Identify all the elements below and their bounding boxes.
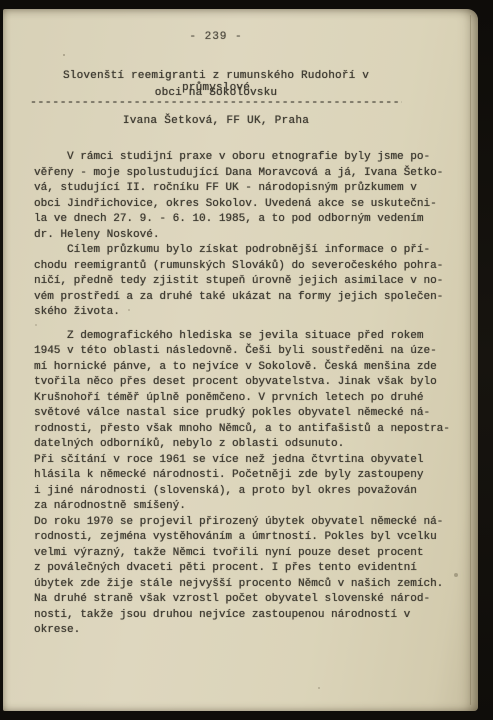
body-line: Na druhé straně však vzrostl počet obyva… xyxy=(34,592,470,608)
body-line: rodnosti, zejména vystěhováním a úmrtnos… xyxy=(34,530,470,546)
body-line: vém prostředí a za druhé také ukázat na … xyxy=(34,290,470,306)
document-body: V rámci studijní praxe v oboru etnografi… xyxy=(34,150,470,639)
body-line: i jiné národnosti (slovenská), a proto b… xyxy=(34,484,470,500)
body-line: dr. Heleny Noskové. xyxy=(34,228,470,244)
body-line: Krušnohoří téměř úplně poněmčeno. V prvn… xyxy=(34,391,470,407)
body-line: Cílem průzkumu bylo získat podrobnější i… xyxy=(34,243,470,259)
body-line: věřeny - moje spolustudující Dana Moravc… xyxy=(34,166,470,182)
body-line: velmi výrazný, takže Němci tvořili nyní … xyxy=(34,546,470,562)
body-line: datelných odborníků, nebylo z oblasti od… xyxy=(34,437,470,453)
body-line: ského života. xyxy=(34,305,470,321)
body-line: úbytek zde žije stále nejvyšší procento … xyxy=(34,577,470,593)
body-line: V rámci studijní praxe v oboru etnografi… xyxy=(34,150,470,166)
page-edge-shadow xyxy=(470,15,471,705)
body-line: Do roku 1970 se projevil přirozený úbyte… xyxy=(34,515,470,531)
body-line: mí hornické pánve, a to nejvíce v Sokolo… xyxy=(34,360,470,376)
body-line: okrese. xyxy=(34,623,470,639)
body-line: tvořila něco přes deset procent obyvatel… xyxy=(34,375,470,391)
document-page: - 239 - Slovenští reemigranti z rumunské… xyxy=(3,9,478,711)
body-line: chodu reemigrantů (rumunských Slováků) d… xyxy=(34,259,470,275)
body-line: rodnosti, přesto však mnoho Němců, a to … xyxy=(34,422,470,438)
scan-background: - 239 - Slovenští reemigranti z rumunské… xyxy=(0,0,493,720)
page-number: - 239 - xyxy=(30,31,402,43)
body-line: za národnostně smíšený. xyxy=(34,499,470,515)
title-underline: ----------------------------------------… xyxy=(30,96,402,109)
body-line: obci Jindřichovice, okres Sokolov. Uvede… xyxy=(34,197,470,213)
body-line: 1945 v této oblasti následovně. Češi byl… xyxy=(34,344,470,360)
body-line: hlásila k německé národnosti. Početněji … xyxy=(34,468,470,484)
body-line: nosti, takže jsou druhou nejvíce zastoup… xyxy=(34,608,470,624)
author-line: Ivana Šetková, FF UK, Praha xyxy=(30,115,402,127)
body-line: vá, studující II. ročníku FF UK - národo… xyxy=(34,181,470,197)
body-line: Z demografického hlediska se jevila situ… xyxy=(34,329,470,345)
paper-specks xyxy=(63,54,65,56)
body-line: světové válce nastal sice prudký pokles … xyxy=(34,406,470,422)
body-line: Při sčítání v roce 1961 se více než jedn… xyxy=(34,453,470,469)
body-line: la ve dnech 27. 9. - 6. 10. 1985, a to p… xyxy=(34,212,470,228)
body-line: z poválečných dvaceti pěti procent. I př… xyxy=(34,561,470,577)
body-line: ničí, předně tedy zjistit stupeň úrovně … xyxy=(34,274,470,290)
